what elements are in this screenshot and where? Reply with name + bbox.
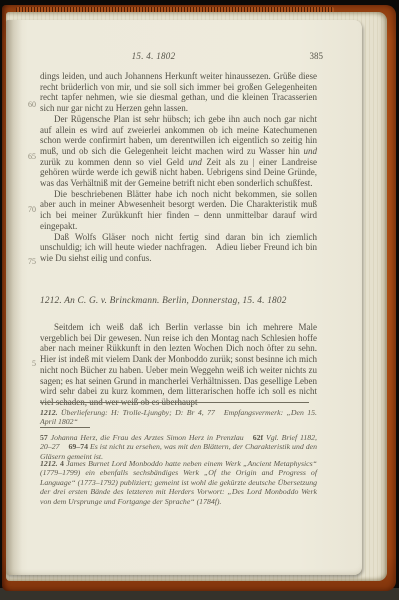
footnote-commentary: 1212. 4 James Burnet Lord Monboddo hatte… <box>40 459 317 506</box>
letter-continuation-body: dings leiden, und auch Johannens Herkunf… <box>40 71 317 264</box>
margin-line-number: 60 <box>10 100 36 110</box>
letter-body: Seitdem ich weiß daß ich Berlin verlasse… <box>40 322 317 408</box>
letter-heading: 1212. An C. G. v. Brinckmann. Berlin, Do… <box>40 296 323 306</box>
letter-paragraph: Der Rügensche Plan ist sehr hübsch; ich … <box>40 114 317 189</box>
margin-line-number: 65 <box>10 152 36 162</box>
header-date: 15. 4. 1802 <box>40 51 267 61</box>
letter-paragraph: Die beschriebenen Blätter habe ich noch … <box>40 189 317 232</box>
book-page: 15. 4. 1802 385 60 65 70 75 5 dings leid… <box>6 20 362 575</box>
letter-paragraph: Daß Wolfs Gläser noch nicht fertig sind … <box>40 232 317 264</box>
letter-paragraph: dings leiden, und auch Johannens Herkunf… <box>40 71 317 114</box>
footnote-apparatus: 1212. Überlieferung: H: Trolle-Ljungby; … <box>40 408 317 427</box>
margin-line-number: 70 <box>10 205 36 215</box>
footnote-line-notes: 57 Johanna Herz, die Frau des Arztes Sim… <box>40 433 317 461</box>
margin-line-number: 75 <box>10 257 36 267</box>
margin-line-number: 5 <box>10 359 36 369</box>
footnote-short-rule <box>40 427 90 428</box>
running-header: 15. 4. 1802 385 <box>40 51 323 63</box>
footnote-separator-rule <box>40 402 309 403</box>
letter-paragraph: Seitdem ich weiß daß ich Berlin verlasse… <box>40 322 317 408</box>
header-page-number: 385 <box>310 51 324 61</box>
book-photo: 15. 4. 1802 385 60 65 70 75 5 dings leid… <box>0 0 399 600</box>
